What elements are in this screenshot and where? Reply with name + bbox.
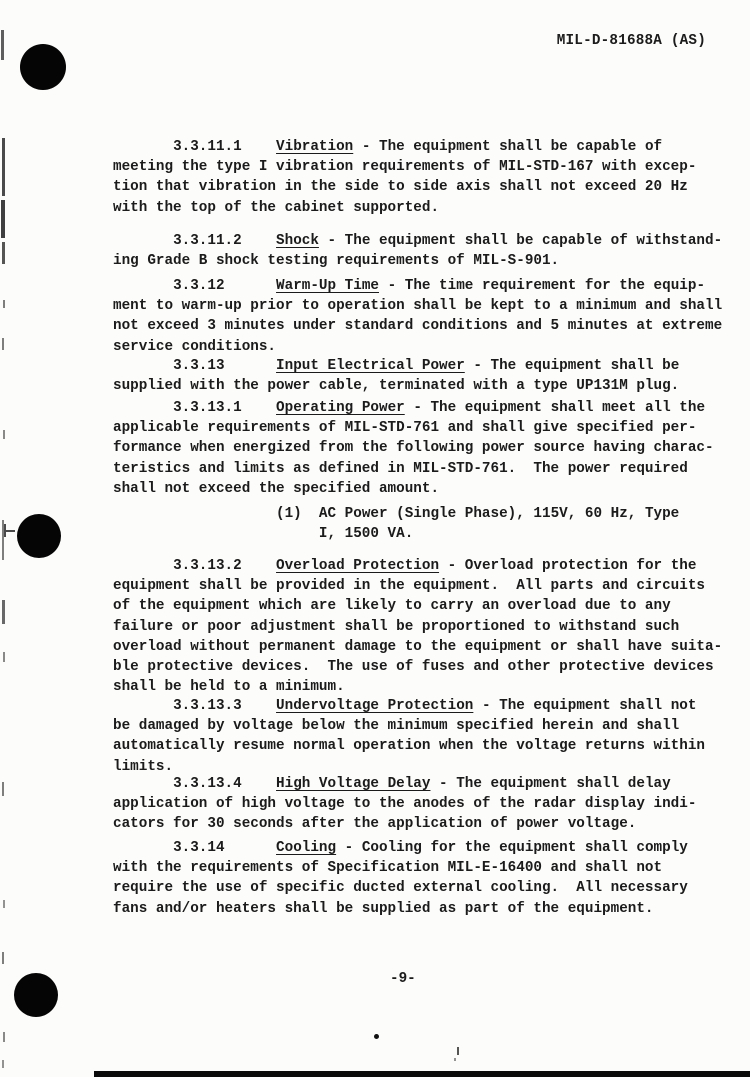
scan-artifact	[2, 782, 4, 796]
paragraph-title: Overload Protection	[276, 558, 439, 574]
scan-artifact	[1, 200, 5, 238]
scan-edge-bar	[94, 1071, 750, 1077]
paragraph-number: 3.3.13.3	[173, 698, 242, 714]
scan-artifact	[2, 338, 4, 350]
ink-speck	[457, 1047, 459, 1055]
hole-punch-mark	[20, 44, 66, 90]
scan-artifact	[2, 952, 4, 964]
hole-punch-mark	[14, 973, 58, 1017]
paragraph-title: Undervoltage Protection	[276, 698, 473, 714]
spec-paragraph: 3.3.13.1 Operating Power - The equipment…	[113, 398, 714, 499]
ink-speck	[454, 1058, 456, 1061]
paragraph-number: 3.3.13	[173, 358, 224, 374]
paragraph-title: Input Electrical Power	[276, 358, 465, 374]
paragraph-number: 3.3.13.1	[173, 400, 242, 416]
scan-artifact	[2, 600, 5, 624]
spec-paragraph: 3.3.13.2 Overload Protection - Overload …	[113, 556, 722, 697]
spec-paragraph: 3.3.11.1 Vibration - The equipment shall…	[113, 137, 696, 218]
spec-paragraph: 3.3.13.4 High Voltage Delay - The equipm…	[113, 774, 696, 835]
spec-paragraph: 3.3.14 Cooling - Cooling for the equipme…	[113, 838, 688, 919]
scan-artifact	[3, 430, 5, 439]
spec-paragraph: 3.3.13.3 Undervoltage Protection - The e…	[113, 696, 705, 777]
scan-artifact	[1, 30, 4, 60]
scan-artifact	[3, 900, 5, 908]
document-id-header: MIL-D-81688A (AS)	[557, 33, 706, 49]
paragraph-title: Cooling	[276, 840, 336, 856]
scan-artifact	[3, 1032, 5, 1042]
scan-artifact	[2, 242, 5, 264]
spec-list-item: (1) AC Power (Single Phase), 115V, 60 Hz…	[113, 504, 679, 544]
spec-paragraph: 3.3.11.2 Shock - The equipment shall be …	[113, 231, 722, 271]
paragraph-title: Vibration	[276, 139, 353, 155]
hole-punch-mark	[17, 514, 61, 558]
spec-paragraph: 3.3.13 Input Electrical Power - The equi…	[113, 356, 679, 396]
ink-speck	[374, 1034, 379, 1039]
scanned-spec-page: MIL-D-81688A (AS) 3.3.11.1 Vibration - T…	[0, 0, 750, 1077]
paragraph-number: 3.3.12	[173, 278, 224, 294]
spec-paragraph: 3.3.12 Warm-Up Time - The time requireme…	[113, 276, 722, 357]
scan-artifact	[2, 138, 5, 196]
scan-artifact	[2, 1060, 4, 1068]
list-item-marker: (1)	[276, 506, 302, 522]
scan-artifact	[3, 652, 5, 662]
paragraph-number: 3.3.13.4	[173, 776, 242, 792]
paragraph-number: 3.3.11.2	[173, 233, 242, 249]
paragraph-title: Shock	[276, 233, 319, 249]
paragraph-number: 3.3.14	[173, 840, 224, 856]
paragraph-number: 3.3.11.1	[173, 139, 242, 155]
scan-artifact	[6, 530, 15, 532]
scan-artifact	[3, 300, 5, 308]
paragraph-number: 3.3.13.2	[173, 558, 242, 574]
page-number: -9-	[390, 971, 416, 987]
paragraph-title: High Voltage Delay	[276, 776, 430, 792]
paragraph-title: Warm-Up Time	[276, 278, 379, 294]
paragraph-title: Operating Power	[276, 400, 405, 416]
